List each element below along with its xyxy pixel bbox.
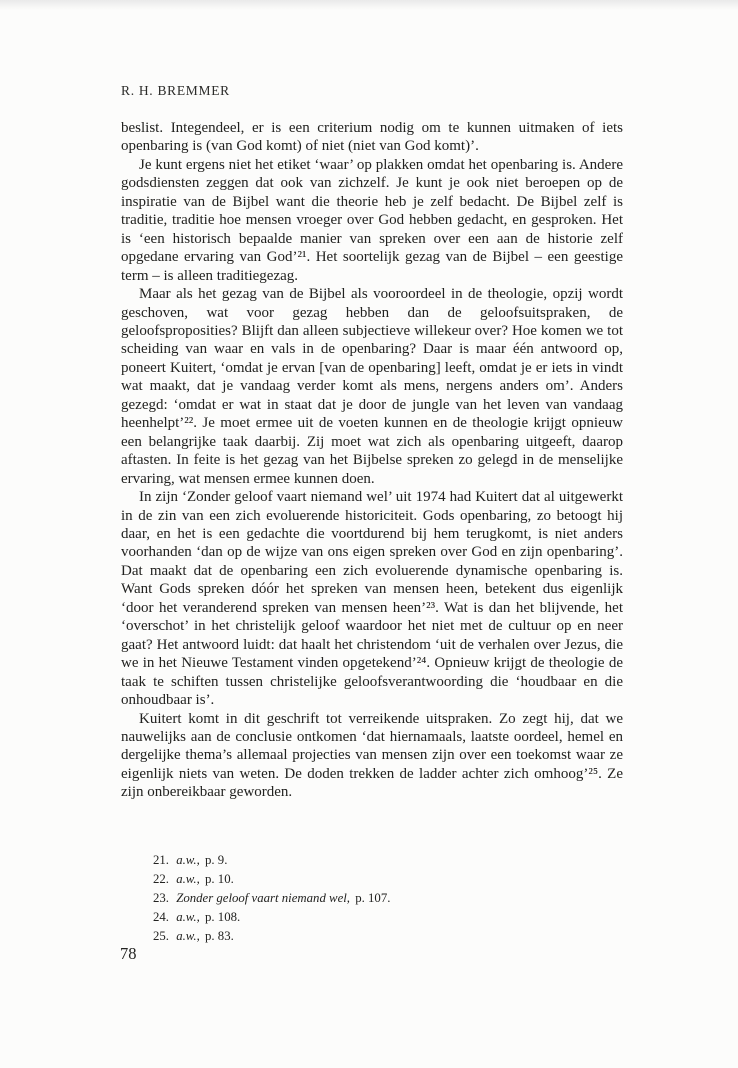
footnote-work-title: a.w., xyxy=(176,872,200,886)
scan-artifact-top-edge xyxy=(0,0,738,10)
footnote-work-title: Zonder geloof vaart niemand wel, xyxy=(176,891,350,905)
body-paragraph: In zijn ‘Zonder geloof vaart niemand wel… xyxy=(121,488,623,709)
running-header-author: R. H. BREMMER xyxy=(121,83,230,99)
footnote-work-title: a.w., xyxy=(176,929,200,943)
footnote-work-title: a.w., xyxy=(176,910,200,924)
body-paragraph: Je kunt ergens niet het etiket ‘waar’ op… xyxy=(121,156,623,285)
body-paragraph: Maar als het gezag van de Bijbel als voo… xyxy=(121,285,623,488)
body-paragraph: Kuitert komt in dit geschrift tot verrei… xyxy=(121,710,623,802)
footnotes-block: 21. a.w., p. 9. 22. a.w., p. 10. 23. Zon… xyxy=(153,851,623,946)
footnote-number: 23. xyxy=(153,889,169,908)
footnote-page-ref: p. 9. xyxy=(205,853,227,867)
footnote: 21. a.w., p. 9. xyxy=(153,851,623,870)
footnote-number: 21. xyxy=(153,851,169,870)
footnote-page-ref: p. 107. xyxy=(355,891,390,905)
footnote-number: 22. xyxy=(153,870,169,889)
footnote: 24. a.w., p. 108. xyxy=(153,908,623,927)
footnote-number: 24. xyxy=(153,908,169,927)
footnote: 22. a.w., p. 10. xyxy=(153,870,623,889)
scanned-book-page: R. H. BREMMER beslist. Integendeel, er i… xyxy=(0,0,738,1068)
footnote-page-ref: p. 108. xyxy=(205,910,240,924)
footnote-work-title: a.w., xyxy=(176,853,200,867)
footnote: 25. a.w., p. 83. xyxy=(153,927,623,946)
body-text: beslist. Integendeel, er is een criteriu… xyxy=(121,119,623,802)
footnote-number: 25. xyxy=(153,927,169,946)
footnote-page-ref: p. 10. xyxy=(205,872,234,886)
footnote: 23. Zonder geloof vaart niemand wel, p. … xyxy=(153,889,623,908)
body-paragraph: beslist. Integendeel, er is een criteriu… xyxy=(121,119,623,156)
footnote-page-ref: p. 83. xyxy=(205,929,234,943)
page-number: 78 xyxy=(120,944,137,964)
